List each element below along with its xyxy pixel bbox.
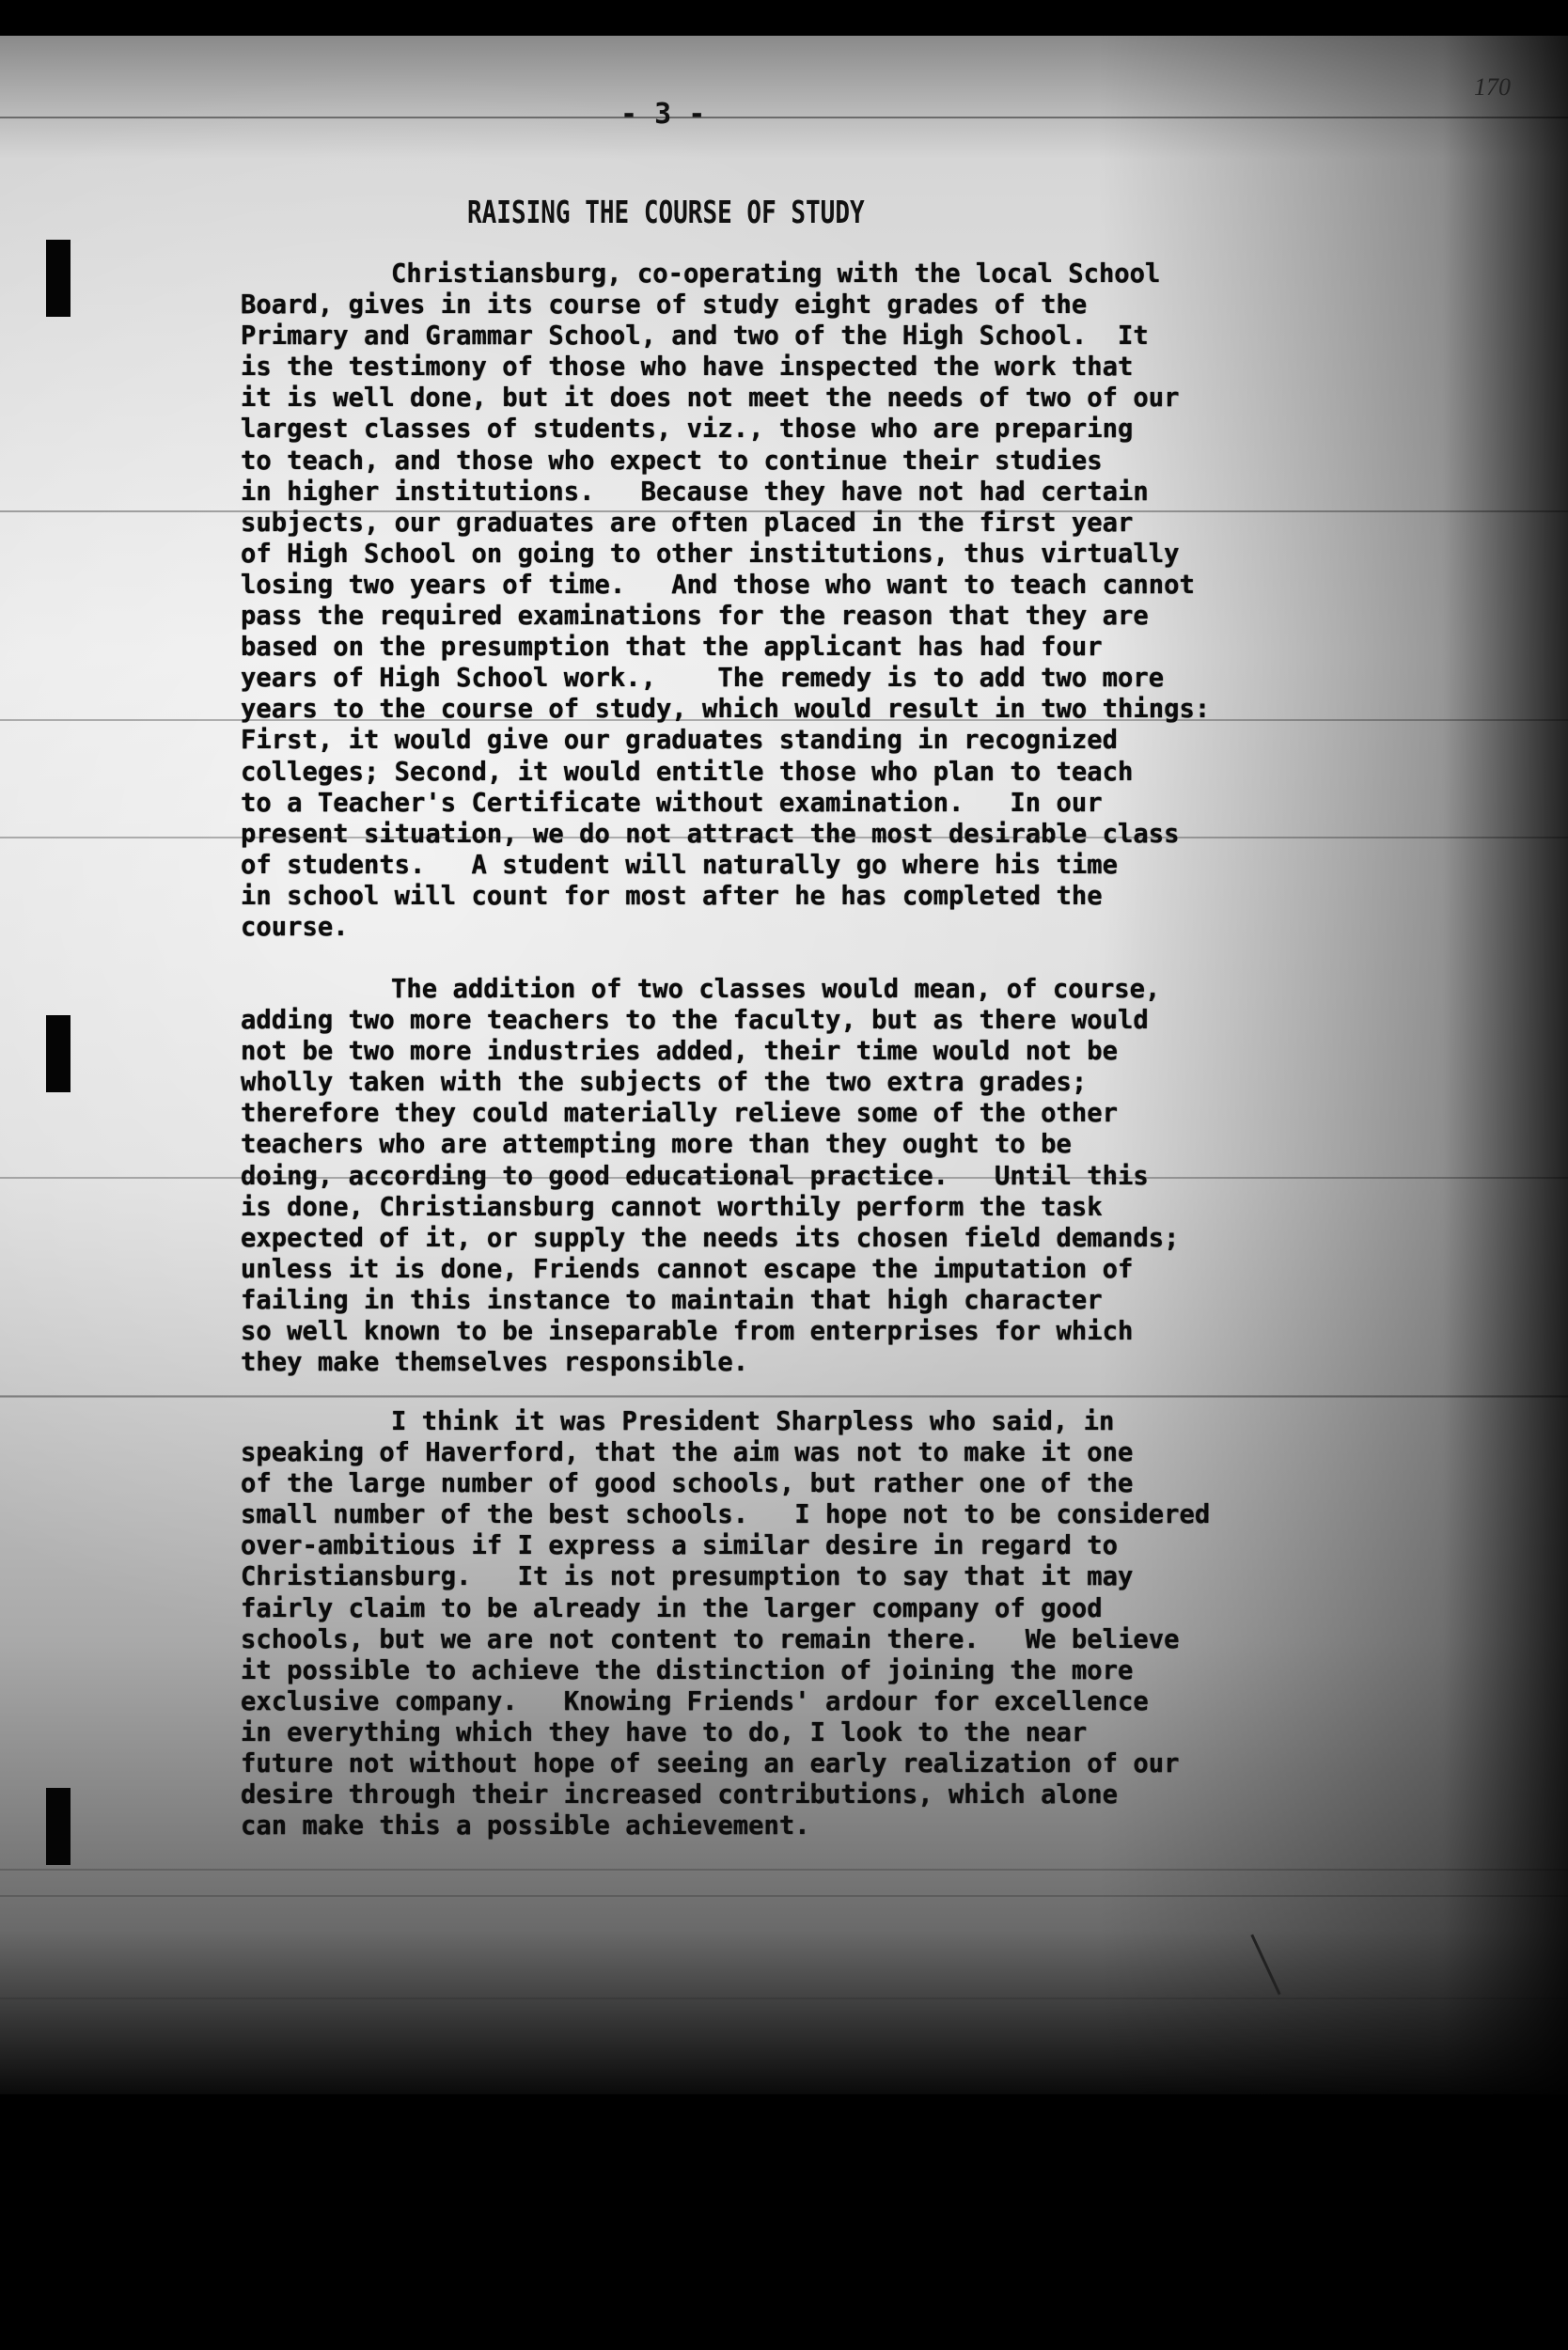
text-line: in school will count for most after he h… <box>241 881 1210 912</box>
folio-number: 170 <box>1474 73 1511 102</box>
scan-line <box>0 1396 1568 1398</box>
text-line: First, it would give our graduates stand… <box>241 725 1210 756</box>
text-line: Primary and Grammar School, and two of t… <box>241 321 1210 352</box>
text-line: based on the presumption that the applic… <box>241 632 1210 663</box>
text-line: failing in this instance to maintain tha… <box>241 1285 1179 1316</box>
text-line: The addition of two classes would mean, … <box>241 974 1179 1005</box>
text-line: desire through their increased contribut… <box>241 1779 1210 1810</box>
margin-marker <box>46 1788 71 1865</box>
text-line: they make themselves responsible. <box>241 1347 1179 1378</box>
text-line: Christiansburg, co-operating with the lo… <box>241 258 1210 290</box>
text-line: teachers who are attempting more than th… <box>241 1129 1179 1160</box>
margin-marker <box>46 1015 71 1092</box>
text-line: to teach, and those who expect to contin… <box>241 446 1210 477</box>
text-line: small number of the best schools. I hope… <box>241 1499 1210 1530</box>
text-line: fairly claim to be already in the larger… <box>241 1593 1210 1624</box>
text-line: subjects, our graduates are often placed… <box>241 508 1210 539</box>
scan-line <box>0 1997 1568 1999</box>
text-line: course. <box>241 912 1210 943</box>
text-line: years of High School work., The remedy i… <box>241 663 1210 694</box>
text-line: is done, Christiansburg cannot worthily … <box>241 1192 1179 1223</box>
margin-marker <box>46 240 71 317</box>
text-line: colleges; Second, it would entitle those… <box>241 757 1210 788</box>
text-line: Christiansburg. It is not presumption to… <box>241 1561 1210 1592</box>
text-line: future not without hope of seeing an ear… <box>241 1748 1210 1779</box>
text-line: can make this a possible achievement. <box>241 1810 1210 1841</box>
text-line: speaking of Haverford, that the aim was … <box>241 1437 1210 1468</box>
text-line: present situation, we do not attract the… <box>241 819 1210 850</box>
text-line: pass the required examinations for the r… <box>241 601 1210 632</box>
scan-line <box>0 1869 1568 1871</box>
paragraph: Christiansburg, co-operating with the lo… <box>241 258 1210 943</box>
text-line: therefore they could materially relieve … <box>241 1098 1179 1129</box>
section-title: RAISING THE COURSE OF STUDY <box>467 196 865 231</box>
page-number: - 3 - <box>620 98 705 131</box>
text-line: exclusive company. Knowing Friends' ardo… <box>241 1686 1210 1717</box>
text-line: expected of it, or supply the needs its … <box>241 1223 1179 1254</box>
text-line: to a Teacher's Certificate without exami… <box>241 788 1210 819</box>
text-line: largest classes of students, viz., those… <box>241 414 1210 445</box>
text-line: years to the course of study, which woul… <box>241 694 1210 725</box>
paragraph: The addition of two classes would mean, … <box>241 974 1179 1378</box>
text-line: of the large number of good schools, but… <box>241 1468 1210 1499</box>
text-line: Board, gives in its course of study eigh… <box>241 290 1210 321</box>
text-line: of students. A student will naturally go… <box>241 850 1210 881</box>
text-line: adding two more teachers to the faculty,… <box>241 1005 1179 1036</box>
scan-line <box>0 117 1568 118</box>
text-line: I think it was President Sharpless who s… <box>241 1406 1210 1437</box>
text-line: unless it is done, Friends cannot escape… <box>241 1254 1179 1285</box>
text-line: in everything which they have to do, I l… <box>241 1717 1210 1748</box>
text-line: it possible to achieve the distinction o… <box>241 1655 1210 1686</box>
text-line: of High School on going to other institu… <box>241 539 1210 570</box>
text-line: so well known to be inseparable from ent… <box>241 1316 1179 1347</box>
text-line: schools, but we are not content to remai… <box>241 1624 1210 1655</box>
scan-line <box>0 1895 1568 1897</box>
text-line: doing, according to good educational pra… <box>241 1161 1179 1192</box>
paragraph: I think it was President Sharpless who s… <box>241 1406 1210 1841</box>
text-line: it is well done, but it does not meet th… <box>241 383 1210 414</box>
text-line: losing two years of time. And those who … <box>241 570 1210 601</box>
text-line: is the testimony of those who have inspe… <box>241 352 1210 383</box>
text-line: not be two more industries added, their … <box>241 1036 1179 1067</box>
text-line: in higher institutions. Because they hav… <box>241 477 1210 508</box>
text-line: over-ambitious if I express a similar de… <box>241 1530 1210 1561</box>
text-line: wholly taken with the subjects of the tw… <box>241 1067 1179 1098</box>
